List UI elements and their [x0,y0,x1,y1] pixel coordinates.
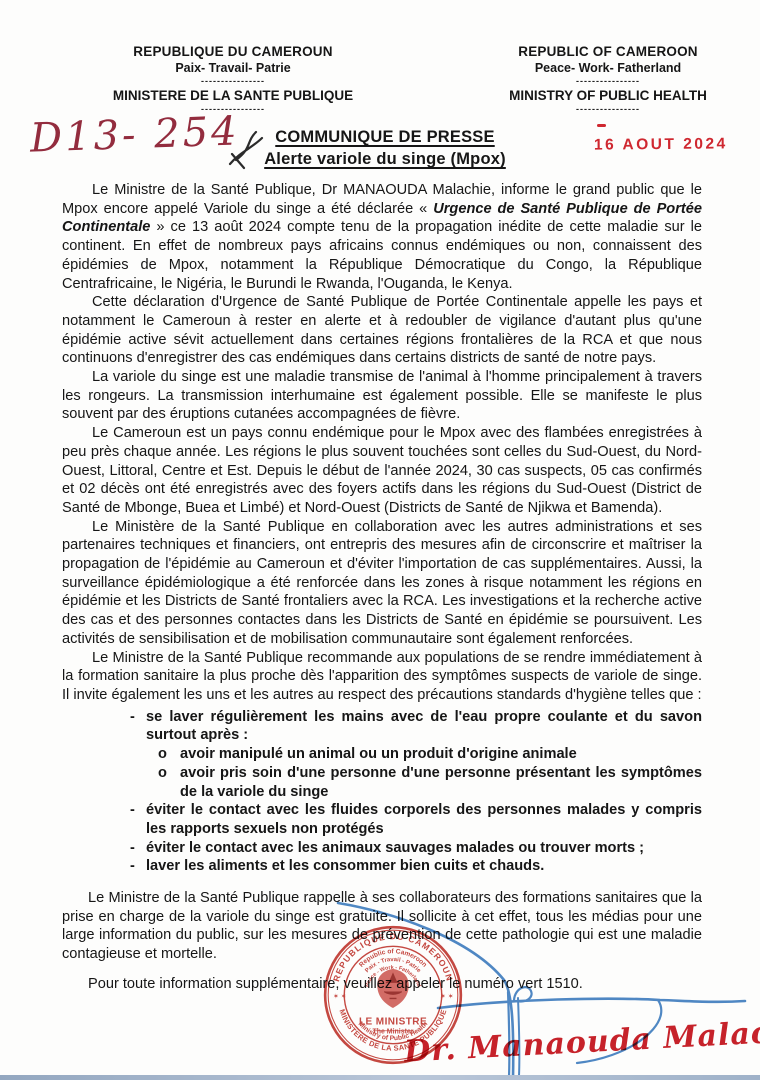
motto-fr: Paix- Travail- Patrie [88,61,378,77]
bullet-dash-icon: - [130,801,146,838]
stamp-center-title: LE MINISTRE [359,1017,427,1028]
paragraph-4: Le Cameroun est un pays connu endémique … [62,424,702,518]
paragraph-1-end: » ce 13 août 2024 compte tenu de la prop… [62,219,702,291]
separator-dashes: ---------------- [88,77,378,87]
list-item-text: éviter le contact avec les animaux sauva… [146,839,702,858]
country-name-fr: REPUBLIQUE DU CAMEROUN [88,44,378,61]
list-item-text: éviter le contact avec les fluides corpo… [146,801,702,838]
list-item-text: se laver régulièrement les mains avec de… [146,708,702,745]
coat-of-arms-emblem [377,969,408,1008]
sub-list: o avoir manipulé un animal ou un produit… [158,745,702,801]
separator-dashes: ---------------- [498,105,718,115]
list-item: - éviter le contact avec les fluides cor… [130,801,702,838]
country-name-en: REPUBLIC OF CAMEROON [498,44,718,61]
paragraph-2: Cette déclaration d'Urgence de Santé Pub… [62,293,702,368]
list-item-text: laver les aliments et les consommer bien… [146,857,702,876]
header-left: REPUBLIQUE DU CAMEROUN Paix- Travail- Pa… [88,44,378,115]
handwritten-ref-number: D13- 254 [29,108,240,161]
stamp-stars-left: ✶ ✶ [333,992,347,1000]
bullet-circle-icon: o [158,745,180,764]
document-title: COMMUNIQUE DE PRESSE Alerte variole du s… [240,126,530,171]
stamp-stars-right: ✶ ✶ [440,992,454,1000]
motto-en: Peace- Work- Fatherland [498,61,718,77]
paragraph-1: Le Ministre de la Santé Publique, Dr MAN… [62,181,702,293]
bullet-circle-icon: o [158,764,180,801]
sub-list-item-text: avoir manipulé un animal ou un produit d… [180,745,702,764]
list-item: - éviter le contact avec les animaux sau… [130,839,702,858]
title-line-1: COMMUNIQUE DE PRESSE [240,126,530,148]
paragraph-5: Le Ministère de la Santé Publique en col… [62,518,702,649]
bullet-dash-icon: - [130,708,146,745]
ministry-name-en: MINISTRY OF PUBLIC HEALTH [498,88,718,105]
list-item: - se laver régulièrement les mains avec … [130,708,702,745]
hygiene-precautions-list: - se laver régulièrement les mains avec … [130,708,702,876]
scan-edge-artifact [0,1075,760,1080]
title-line-2: Alerte variole du singe (Mpox) [240,148,530,170]
scanned-press-release: REPUBLIQUE DU CAMEROUN Paix- Travail- Pa… [0,0,760,1080]
date-stamp-tick [597,124,606,127]
paragraph-3: La variole du singe est une maladie tran… [62,368,702,424]
sub-list-item: o avoir manipulé un animal ou un produit… [158,745,702,764]
paragraph-6: Le Ministre de la Santé Publique recomma… [62,649,702,705]
separator-dashes: ---------------- [498,77,718,87]
sub-list-item: o avoir pris soin d'une personne d'une p… [158,764,702,801]
list-item: - laver les aliments et les consommer bi… [130,857,702,876]
spacer [62,878,702,889]
date-stamp: 16 AOUT 2024 [594,135,728,154]
ministry-name-fr: MINISTERE DE LA SANTE PUBLIQUE [88,88,378,105]
sub-list-item-text: avoir pris soin d'une personne d'une per… [180,764,702,801]
bullet-dash-icon: - [130,839,146,858]
header-right: REPUBLIC OF CAMEROON Peace- Work- Father… [498,44,718,115]
document-body: Le Ministre de la Santé Publique, Dr MAN… [62,181,702,994]
bullet-dash-icon: - [130,857,146,876]
